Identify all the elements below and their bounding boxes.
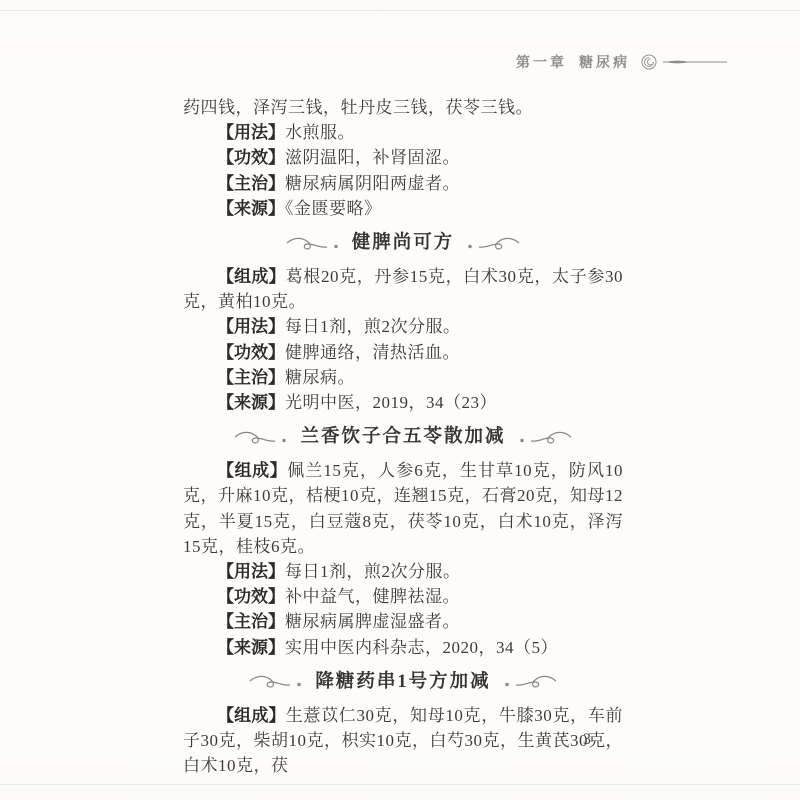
flourish-left-icon	[285, 236, 343, 252]
scan-edge-bottom	[0, 784, 800, 785]
entry-label: 【组成】	[217, 461, 287, 480]
page-content: 药四钱，泽泻三钱，牡丹皮三钱，茯苓三钱。 【用法】水煎服。 【功效】滋阴温阳，补…	[183, 95, 623, 778]
entry-label: 【来源】	[217, 638, 285, 657]
entry-text: 健脾通络，清热活血。	[285, 343, 460, 362]
entry-text: 每日1剂，煎2次分服。	[285, 317, 461, 336]
entry-indication: 【主治】糖尿病属脾虚湿盛者。	[183, 609, 623, 634]
entry-source: 【来源】《金匮要略》	[183, 196, 623, 221]
entry-text: 糖尿病属阴阳两虚者。	[285, 174, 460, 193]
entry-source: 【来源】光明中医，2019，34（23）	[183, 390, 623, 415]
entry-text: 实用中医内科杂志，2020，34（5）	[285, 638, 558, 657]
scan-edge-top	[0, 10, 800, 11]
entry-label: 【主治】	[217, 174, 285, 193]
flourish-left-icon	[248, 674, 306, 690]
chapter-number: 第一章	[516, 52, 567, 72]
formula-title: 兰香饮子合五苓散加减	[183, 425, 623, 450]
entry-label: 【主治】	[217, 368, 285, 387]
entry-label: 【来源】	[217, 393, 285, 412]
book-page: 第一章 糖尿病 药四钱，泽泻三钱，牡丹皮三钱，茯苓三钱。 【用法】水煎服。 【功…	[0, 0, 800, 800]
entry-usage: 【用法】水煎服。	[183, 120, 623, 145]
page-number: 3	[583, 731, 592, 749]
formula-title: 健脾尚可方	[183, 231, 623, 256]
flourish-right-icon	[463, 236, 521, 252]
entry-label: 【用法】	[217, 317, 285, 336]
entry-text: 水煎服。	[285, 123, 355, 142]
entry-text: 糖尿病。	[285, 368, 355, 387]
entry-label: 【组成】	[217, 267, 286, 286]
entry-usage: 【用法】每日1剂，煎2次分服。	[183, 559, 623, 584]
flourish-right-icon	[500, 674, 558, 690]
entry-label: 【功效】	[217, 587, 285, 606]
entry-text: 每日1剂，煎2次分服。	[285, 562, 461, 581]
entry-usage: 【用法】每日1剂，煎2次分服。	[183, 314, 623, 339]
entry-text: 补中益气，健脾祛湿。	[285, 587, 460, 606]
entry-label: 【组成】	[217, 706, 286, 725]
entry-label: 【功效】	[217, 343, 285, 362]
entry-label: 【功效】	[217, 148, 285, 167]
entry-effect: 【功效】滋阴温阳，补肾固涩。	[183, 145, 623, 170]
entry-text: 光明中医，2019，34（23）	[285, 393, 497, 412]
entry-composition: 【组成】葛根20克，丹参15克，白术30克，太子参30克，黄柏10克。	[183, 264, 623, 314]
entry-indication: 【主治】糖尿病属阴阳两虚者。	[183, 171, 623, 196]
entry-composition: 【组成】生薏苡仁30克，知母10克，牛膝30克，车前子30克，柴胡10克，枳实1…	[183, 703, 623, 779]
entry-effect: 【功效】健脾通络，清热活血。	[183, 340, 623, 365]
chapter-title: 糖尿病	[579, 52, 630, 72]
formula-title-text: 健脾尚可方	[352, 231, 455, 256]
entry-text: 《金匮要略》	[285, 199, 382, 218]
entry-label: 【主治】	[217, 612, 285, 631]
entry-label: 【用法】	[217, 562, 285, 581]
entry-indication: 【主治】糖尿病。	[183, 365, 623, 390]
entry-source: 【来源】实用中医内科杂志，2020，34（5）	[183, 635, 623, 660]
entry-composition: 【组成】佩兰15克，人参6克，生甘草10克，防风10克，升麻10克，桔梗10克，…	[183, 458, 623, 559]
entry-effect: 【功效】补中益气，健脾祛湿。	[183, 584, 623, 609]
entry-label: 【来源】	[217, 199, 285, 218]
header-rule-line	[662, 58, 728, 66]
rosette-swirl-icon	[640, 53, 658, 71]
running-head: 第一章 糖尿病	[516, 52, 728, 72]
entry-text: 糖尿病属脾虚湿盛者。	[285, 612, 460, 631]
formula-title: 降糖药串1号方加减	[183, 670, 623, 695]
formula-title-text: 降糖药串1号方加减	[315, 670, 490, 695]
flourish-right-icon	[515, 430, 573, 446]
entry-label: 【用法】	[217, 123, 285, 142]
entry-text: 滋阴温阳，补肾固涩。	[285, 148, 460, 167]
formula-continuation-text: 药四钱，泽泻三钱，牡丹皮三钱，茯苓三钱。	[183, 95, 623, 120]
formula-title-text: 兰香饮子合五苓散加减	[300, 425, 505, 450]
flourish-left-icon	[233, 430, 291, 446]
